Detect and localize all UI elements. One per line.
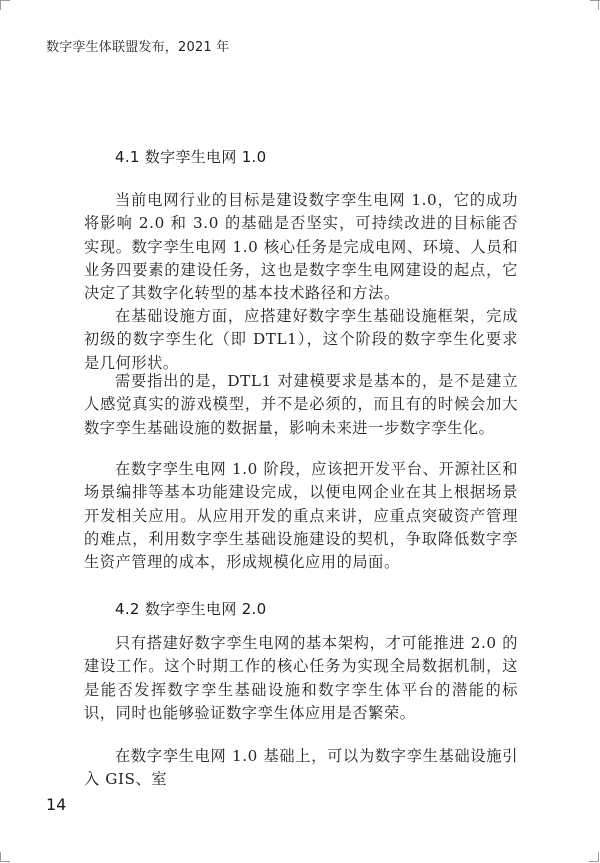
section-heading: 4.1 数字孪生电网 1.0 bbox=[115, 146, 266, 167]
page-number: 14 bbox=[46, 795, 66, 814]
crop-mark-bottom-left bbox=[0, 852, 1, 862]
running-header: 数字孪生体联盟发布，2021 年 bbox=[46, 36, 229, 55]
section-heading: 4.2 数字孪生电网 2.0 bbox=[115, 598, 266, 619]
crop-mark-top-left bbox=[0, 0, 1, 10]
paragraph: 只有搭建好数字孪生电网的基本架构，才可能推进 2.0 的建设工作。这个时期工作的… bbox=[84, 632, 518, 725]
paragraph: 在基础设施方面，应搭建好数字孪生基础设施框架，完成初级的数字孪生化（即 DTL1… bbox=[84, 305, 518, 375]
paragraph: 在数字孪生电网 1.0 阶段，应该把开发平台、开源社区和场景编排等基本功能建设完… bbox=[84, 458, 518, 574]
paragraph: 在数字孪生电网 1.0 基础上，可以为数字孪生基础设施引入 GIS、室 bbox=[84, 745, 518, 792]
crop-mark-bottom-left bbox=[0, 861, 10, 862]
crop-mark-top-right bbox=[598, 0, 599, 10]
crop-mark-bottom-right bbox=[598, 852, 599, 862]
paragraph: 需要指出的是，DTL1 对建模要求是基本的，是不是建立人感觉真实的游戏模型，并不… bbox=[84, 370, 518, 440]
crop-mark-top-left bbox=[0, 0, 10, 1]
paragraph: 当前电网行业的目标是建设数字孪生电网 1.0，它的成功将影响 2.0 和 3.0… bbox=[84, 189, 518, 305]
